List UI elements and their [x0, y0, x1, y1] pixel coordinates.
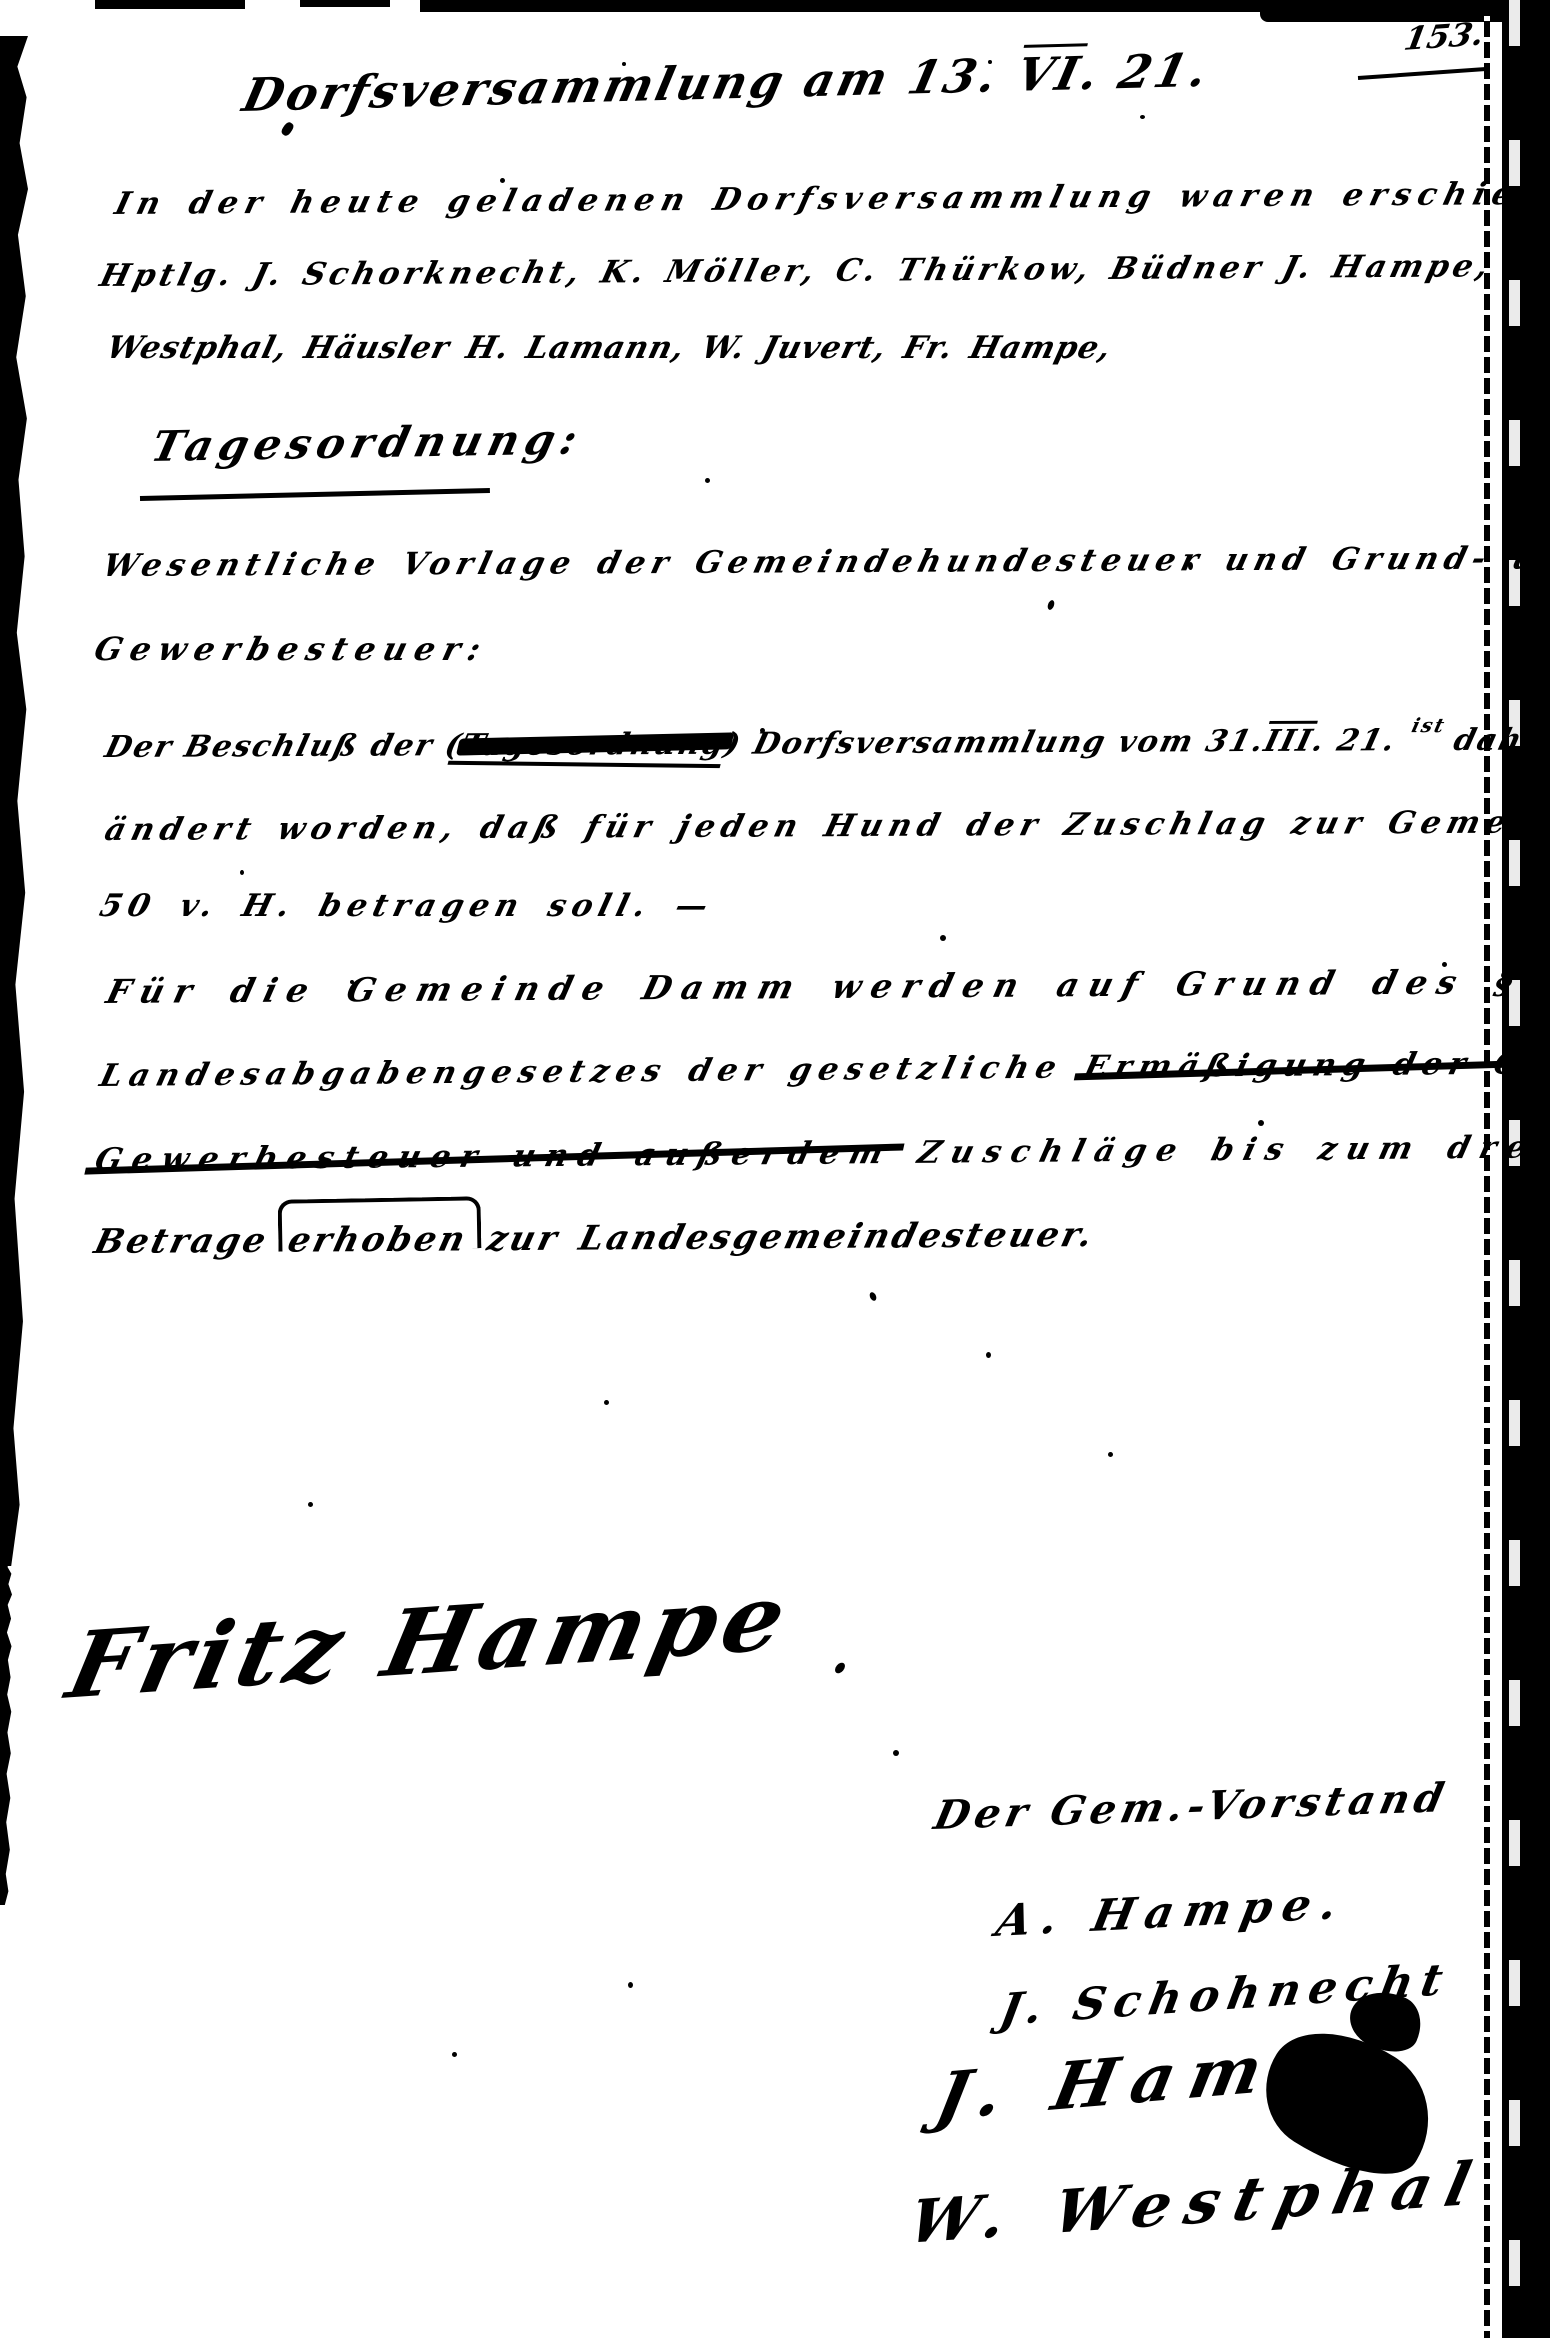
ink-speck	[604, 1400, 609, 1405]
binding-gutter-line	[1484, 0, 1490, 2338]
ink-speck	[1046, 599, 1055, 610]
agenda-item-line-2: Gewerbesteuer:	[91, 630, 493, 668]
struck-word-tagesordnung: Tagesordnung	[458, 727, 730, 763]
scan-edge-top-2	[300, 0, 390, 7]
scan-edge-left-band-lower	[0, 1560, 12, 1905]
document-page: 153. Dorfsversammlung am 13. VI. 21. In …	[0, 0, 1550, 2338]
page-number: 153.	[1401, 15, 1487, 58]
ink-speck	[452, 2052, 457, 2057]
attendance-line-2: Hptlg. J. Schorknecht, K. Möller, C. Thü…	[96, 247, 1550, 294]
binding-edge-band	[1502, 0, 1550, 2338]
ink-speck	[240, 870, 244, 875]
resolution1-pre: Der Beschluß der (	[101, 728, 466, 765]
struck-phrase-gewerbesteuer: Gewerbesteuer und außerdem	[91, 1135, 897, 1178]
resolution1-line-1: Der Beschluß der (Tagesordnung) Dorfsver…	[101, 722, 1550, 765]
title-year: . 21.	[1075, 43, 1215, 100]
struck-phrase-grund: Ermäßigung der Grund- u.	[1080, 1044, 1550, 1086]
ink-speck	[986, 1352, 991, 1358]
ink-speck	[940, 935, 946, 941]
agenda-heading-underline	[140, 488, 490, 501]
ink-speck	[833, 1661, 847, 1675]
ink-speck	[988, 60, 992, 64]
document-title: Dorfsversammlung am 13. VI. 21.	[238, 43, 1215, 122]
signature-fritz-hampe: Fritz Hampe	[59, 1563, 801, 1720]
resolution1-line-3: 50 v. H. betragen soll. —	[96, 888, 717, 924]
agenda-heading: Tagesordnung:	[147, 415, 588, 471]
ink-speck	[1258, 1120, 1264, 1126]
agenda-item-line-1: Wesentliche Vorlage der Gemeindehundeste…	[99, 540, 1550, 584]
attendance-line-3: Westphal, Häusler H. Lamann, W. Juvert, …	[103, 330, 1115, 366]
title-text: Dorfsversammlung am 13.	[238, 48, 1005, 122]
resolution2-line-3: Gewerbesteuer und außerdem Zuschläge bis…	[91, 1128, 1550, 1178]
signature-block-title: Der Gem.-Vorstand	[930, 1774, 1453, 1839]
ink-speck	[1188, 562, 1193, 570]
resolution2-line-1: Für die Gemeinde Damm werden auf Grund d…	[103, 960, 1550, 1011]
resolution1-end: dahin abge-	[1438, 722, 1550, 758]
scan-edge-left-band	[0, 36, 28, 1566]
resolution2-line2-text: Landesabgabengesetzes der gesetzliche	[96, 1049, 1088, 1094]
ink-speck	[893, 1750, 899, 1756]
ink-speck	[622, 62, 626, 66]
resolution1-mid: ) Dorfsversammlung vom 31.	[721, 724, 1269, 762]
ink-speck	[628, 1982, 633, 1988]
ink-speck	[350, 980, 354, 984]
ink-speck	[500, 178, 505, 183]
ink-speck	[705, 478, 710, 483]
correction-mark	[278, 1196, 482, 1252]
ink-speck	[1108, 1452, 1113, 1457]
ink-speck	[1442, 962, 1447, 967]
page-number-underline	[1358, 67, 1488, 80]
resolution1-mid2: . 21.	[1309, 723, 1401, 758]
resolution2-line-2: Landesabgabengesetzes der gesetzliche Er…	[96, 1044, 1550, 1094]
ink-speck	[868, 1291, 877, 1302]
ink-speck	[1140, 115, 1145, 119]
superscript-ist: ist	[1409, 714, 1448, 737]
resolution2-line3-text: Zuschläge bis zum dreifachen	[888, 1128, 1550, 1171]
resolution2-line-4: Betrage erhoben zur Landesgemeindesteuer…	[90, 1215, 1099, 1262]
attendance-line-1: In der heute geladenen Dorfsversammlung …	[111, 176, 1550, 222]
ink-speck	[308, 1502, 313, 1507]
resolution1-line-2: ändert worden, daß für jeden Hund der Zu…	[101, 803, 1550, 848]
ink-speck	[280, 121, 295, 138]
signature-a-hampe: A. Hampe.	[992, 1878, 1352, 1947]
ink-speck	[760, 728, 765, 733]
scan-edge-top-1	[95, 0, 245, 9]
